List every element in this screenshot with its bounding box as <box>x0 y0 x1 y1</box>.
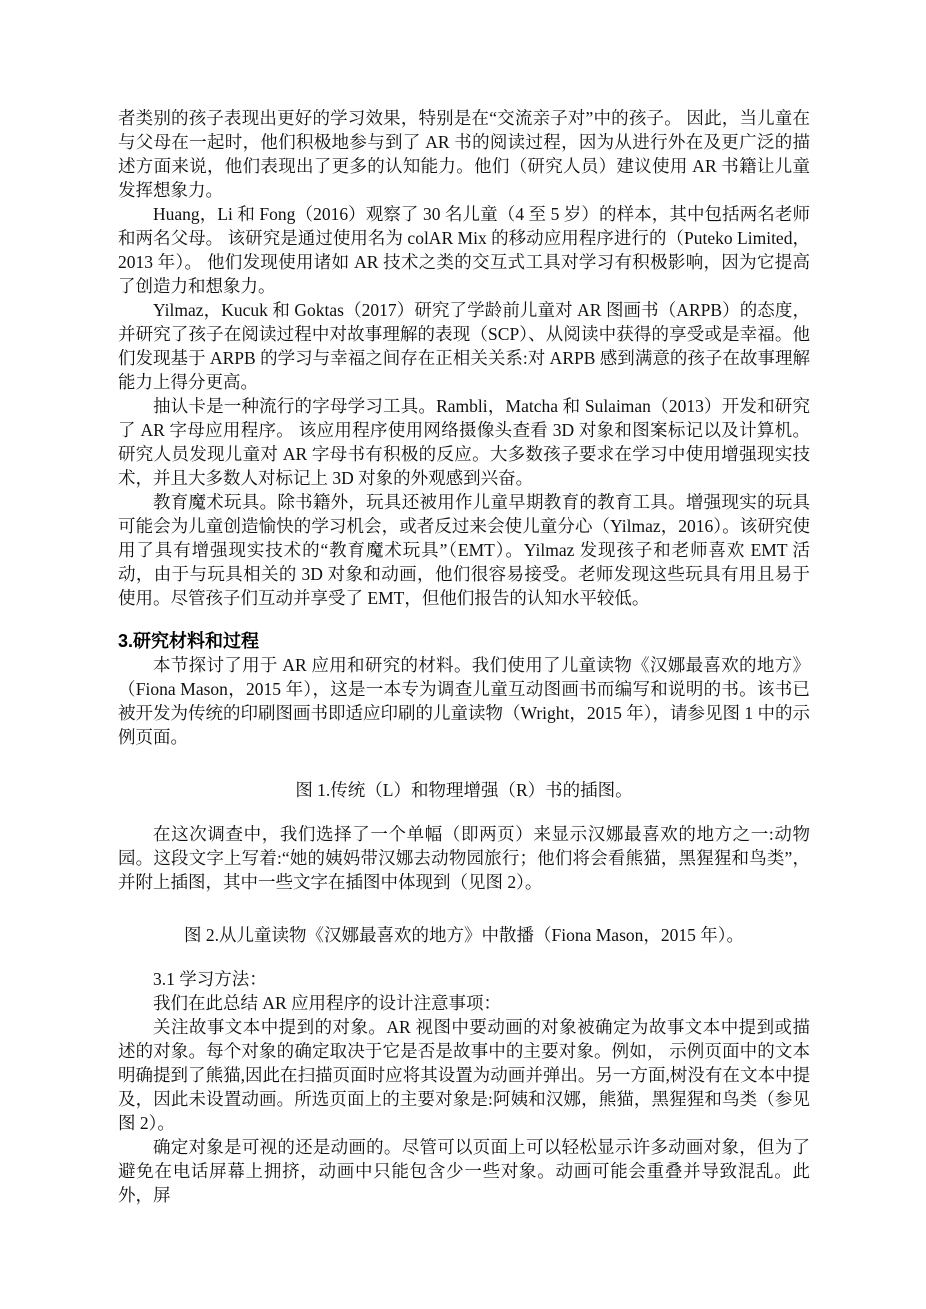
figure-2-caption: 图 2.从儿童读物《汉娜最喜欢的地方》中散播（Fiona Mason，2015 … <box>118 923 810 947</box>
section-3-1-heading: 3.1 学习方法： <box>118 967 810 991</box>
paragraph-survey-spread: 在这次调查中，我们选择了一个单幅（即两页）来显示汉娜最喜欢的地方之一:动物园。这… <box>118 822 810 894</box>
paragraph-design-summary-intro: 我们在此总结 AR 应用程序的设计注意事项： <box>118 991 810 1015</box>
paragraph-visual-vs-animated: 确定对象是可视的还是动画的。尽管可以页面上可以轻松显示许多动画对象，但为了避免在… <box>118 1135 810 1207</box>
paragraph-magic-toys: 教育魔术玩具。除书籍外，玩具还被用作儿童早期教育的教育工具。增强现实的玩具可能会… <box>118 490 810 610</box>
paragraph-object-selection: 关注故事文本中提到的对象。AR 视图中要动画的对象被确定为故事文本中提到或描述的… <box>118 1015 810 1135</box>
paragraph-section3-intro: 本节探讨了用于 AR 应用和研究的材料。我们使用了儿童读物《汉娜最喜欢的地方》（… <box>118 653 810 749</box>
document-page: 者类别的孩子表现出更好的学习效果，特别是在“交流亲子对”中的孩子。 因此，当儿童… <box>0 0 926 1309</box>
figure-1-caption: 图 1.传统（L）和物理增强（R）书的插图。 <box>118 778 810 802</box>
paragraph-flashcard-study: 抽认卡是一种流行的字母学习工具。Rambli，Matcha 和 Sulaiman… <box>118 394 810 490</box>
paragraph-huang-study: Huang，Li 和 Fong（2016）观察了 30 名儿童（4 至 5 岁）… <box>118 202 810 298</box>
paragraph-yilmaz-study: Yilmaz，Kucuk 和 Goktas（2017）研究了学龄前儿童对 AR … <box>118 298 810 394</box>
section-3-heading: 3.研究材料和过程 <box>118 629 810 653</box>
paragraph-continuation: 者类别的孩子表现出更好的学习效果，特别是在“交流亲子对”中的孩子。 因此，当儿童… <box>118 106 810 202</box>
